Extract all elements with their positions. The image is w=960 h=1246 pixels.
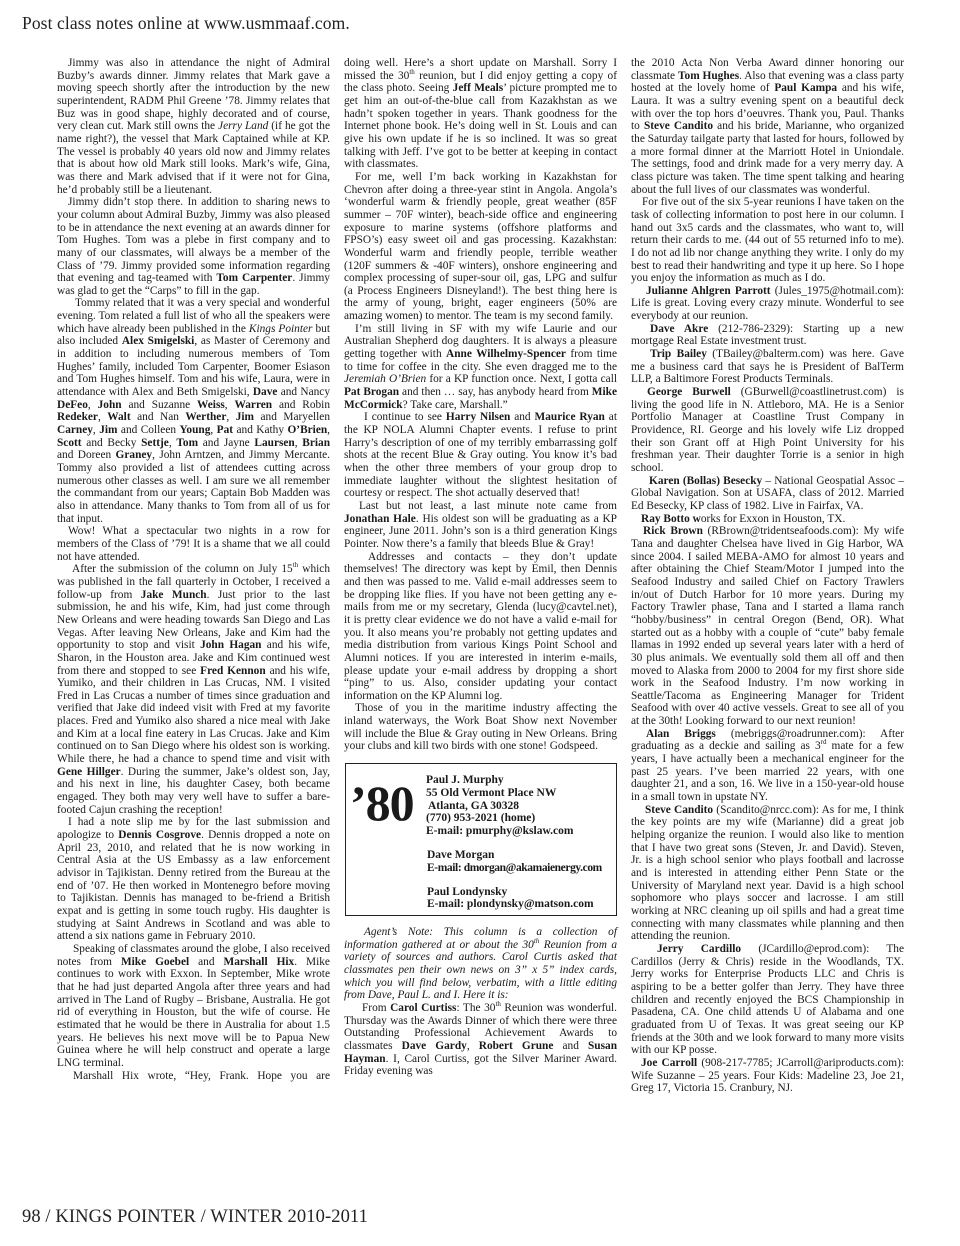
classmate-entry: Steve Candito (Scandito@nrcc.com): As fo…	[631, 804, 904, 943]
column-3: the 2010 Acta Non Verba Award dinner hon…	[631, 57, 904, 1095]
paragraph: After the submission of the column on Ju…	[57, 563, 330, 816]
column-2: doing well. Here’s a short update on Mar…	[344, 57, 617, 1078]
paragraph: I had a note slip me by for the last sub…	[57, 816, 330, 943]
contact-name: Paul J. Murphy	[426, 774, 602, 787]
paragraph: Last but not least, a last minute note c…	[344, 500, 617, 551]
paragraph: For me, well I’m back working in Kazakhs…	[344, 171, 617, 323]
contact-email[interactable]: E-mail: pmurphy@kslaw.com	[426, 825, 602, 838]
paragraph: Those of you in the maritime industry af…	[344, 702, 617, 753]
class-year-label: ’80	[350, 778, 414, 828]
paragraph: I’m still living in SF with my wife Laur…	[344, 323, 617, 412]
contact-address: 55 Old Vermont Place NW	[426, 787, 602, 800]
contact-name: Dave Morgan	[427, 849, 602, 862]
contact-entry: Paul Londynsky E-mail: plondynsky@matson…	[426, 886, 602, 912]
paragraph: Jimmy didn’t stop there. In addition to …	[57, 196, 330, 297]
contact-city: Atlanta, GA 30328	[426, 800, 602, 813]
contact-entry: Paul J. Murphy 55 Old Vermont Place NW A…	[426, 774, 602, 838]
contact-name: Paul Londynsky	[427, 886, 602, 899]
classmate-entry: Alan Briggs (mebriggs@roadrunner.com): A…	[631, 728, 904, 804]
paragraph: Tommy related that it was a very special…	[57, 297, 330, 525]
classmate-entry: Dave Akre (212-786-2329): Starting up a …	[631, 323, 904, 348]
paragraph: Jimmy was also in attendance the night o…	[57, 57, 330, 196]
agents-note: Agent’s Note: This column is a collectio…	[344, 926, 617, 1002]
class-agent-contact-box: ’80 Paul J. Murphy 55 Old Vermont Place …	[345, 763, 617, 916]
paragraph: doing well. Here’s a short update on Mar…	[344, 57, 617, 171]
paragraph: Wow! What a spectacular two nights in a …	[57, 525, 330, 563]
contact-email[interactable]: E-mail: plondynsky@matson.com	[427, 898, 602, 911]
contact-phone: (770) 953-2021 (home)	[426, 812, 602, 825]
column-1: Jimmy was also in attendance the night o…	[57, 57, 330, 1082]
page-header: Post class notes online at www.usmmaaf.c…	[22, 13, 350, 34]
paragraph: For five out of the six 5-year reunions …	[631, 196, 904, 285]
paragraph: the 2010 Acta Non Verba Award dinner hon…	[631, 57, 904, 196]
contact-email[interactable]: E-mail: dmorgan@akamaienergy.com	[427, 862, 602, 875]
classmate-entry: George Burwell (GBurwell@coastlinetrust.…	[631, 386, 904, 475]
paragraph: Speaking of classmates around the globe,…	[57, 943, 330, 1070]
classmate-entry: Rick Brown (RBrown@tridentseafoods.com):…	[631, 525, 904, 728]
paragraph: Addresses and contacts – they don’t upda…	[344, 551, 617, 703]
contact-entry: Dave Morgan E-mail: dmorgan@akamaienergy…	[426, 849, 602, 875]
contact-list: Paul J. Murphy 55 Old Vermont Place NW A…	[426, 774, 602, 922]
paragraph: Marshall Hix wrote, “Hey, Frank. Hope yo…	[57, 1070, 330, 1083]
classmate-entry: Ray Botto works for Exxon in Houston, TX…	[631, 513, 904, 526]
classmate-entry: Joe Carroll (908-217-7785; JCarroll@arip…	[631, 1057, 904, 1095]
classmate-entry: Jerry Cardillo (JCardillo@eprod.com): Th…	[631, 943, 904, 1057]
page-footer: 98 / KINGS POINTER / WINTER 2010-2011	[22, 1207, 368, 1228]
paragraph: From Carol Curtiss: The 30th Reunion was…	[344, 1002, 617, 1078]
paragraph: I continue to see Harry Nilsen and Mauri…	[344, 411, 617, 500]
classmate-entry: Julianne Ahlgren Parrott (Jules_1975@hot…	[631, 285, 904, 323]
classmate-entry: Karen (Bollas) Besecky – National Geospa…	[631, 475, 904, 513]
classmate-entry: Trip Bailey (TBailey@balterm.com) was he…	[631, 348, 904, 386]
